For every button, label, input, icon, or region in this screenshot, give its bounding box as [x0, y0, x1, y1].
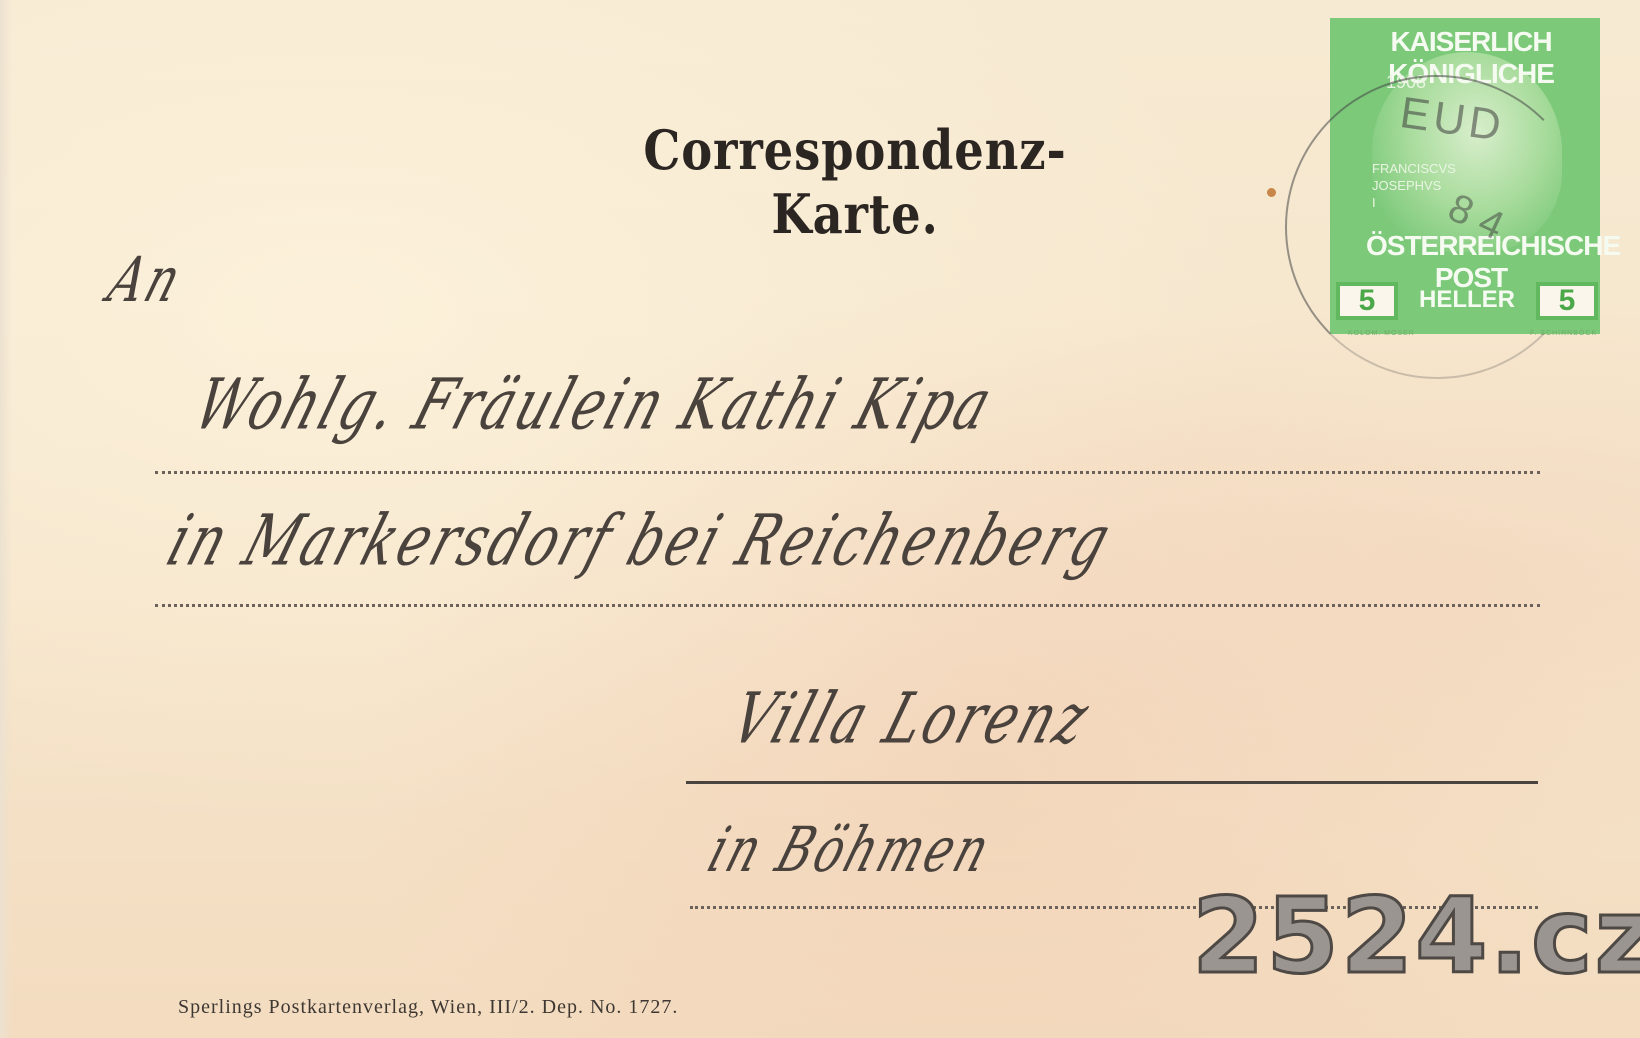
card-edge [0, 0, 12, 1038]
address-line-3: Villa Lorenz [722, 679, 1101, 760]
salutation: An [100, 243, 193, 316]
postcard-back: Correspondenz-Karte. KAISERLICH KÖNIGLIC… [0, 0, 1640, 1038]
publisher-imprint: Sperlings Postkartenverlag, Wien, III/2.… [178, 996, 678, 1019]
site-watermark: 2524.cz [1192, 884, 1640, 988]
card-title: Correspondenz-Karte. [576, 118, 1135, 246]
address-line-1: Wohlg. Fräulein Kathi Kipa [185, 365, 1004, 446]
address-line-2: in Markersdorf bei Reichenberg [158, 501, 1122, 582]
ink-spot [1267, 188, 1276, 197]
address-rule-3 [686, 781, 1538, 784]
address-line-4: in Böhmen [700, 813, 1001, 886]
address-rule-1 [155, 471, 1540, 474]
address-rule-2 [155, 604, 1540, 607]
